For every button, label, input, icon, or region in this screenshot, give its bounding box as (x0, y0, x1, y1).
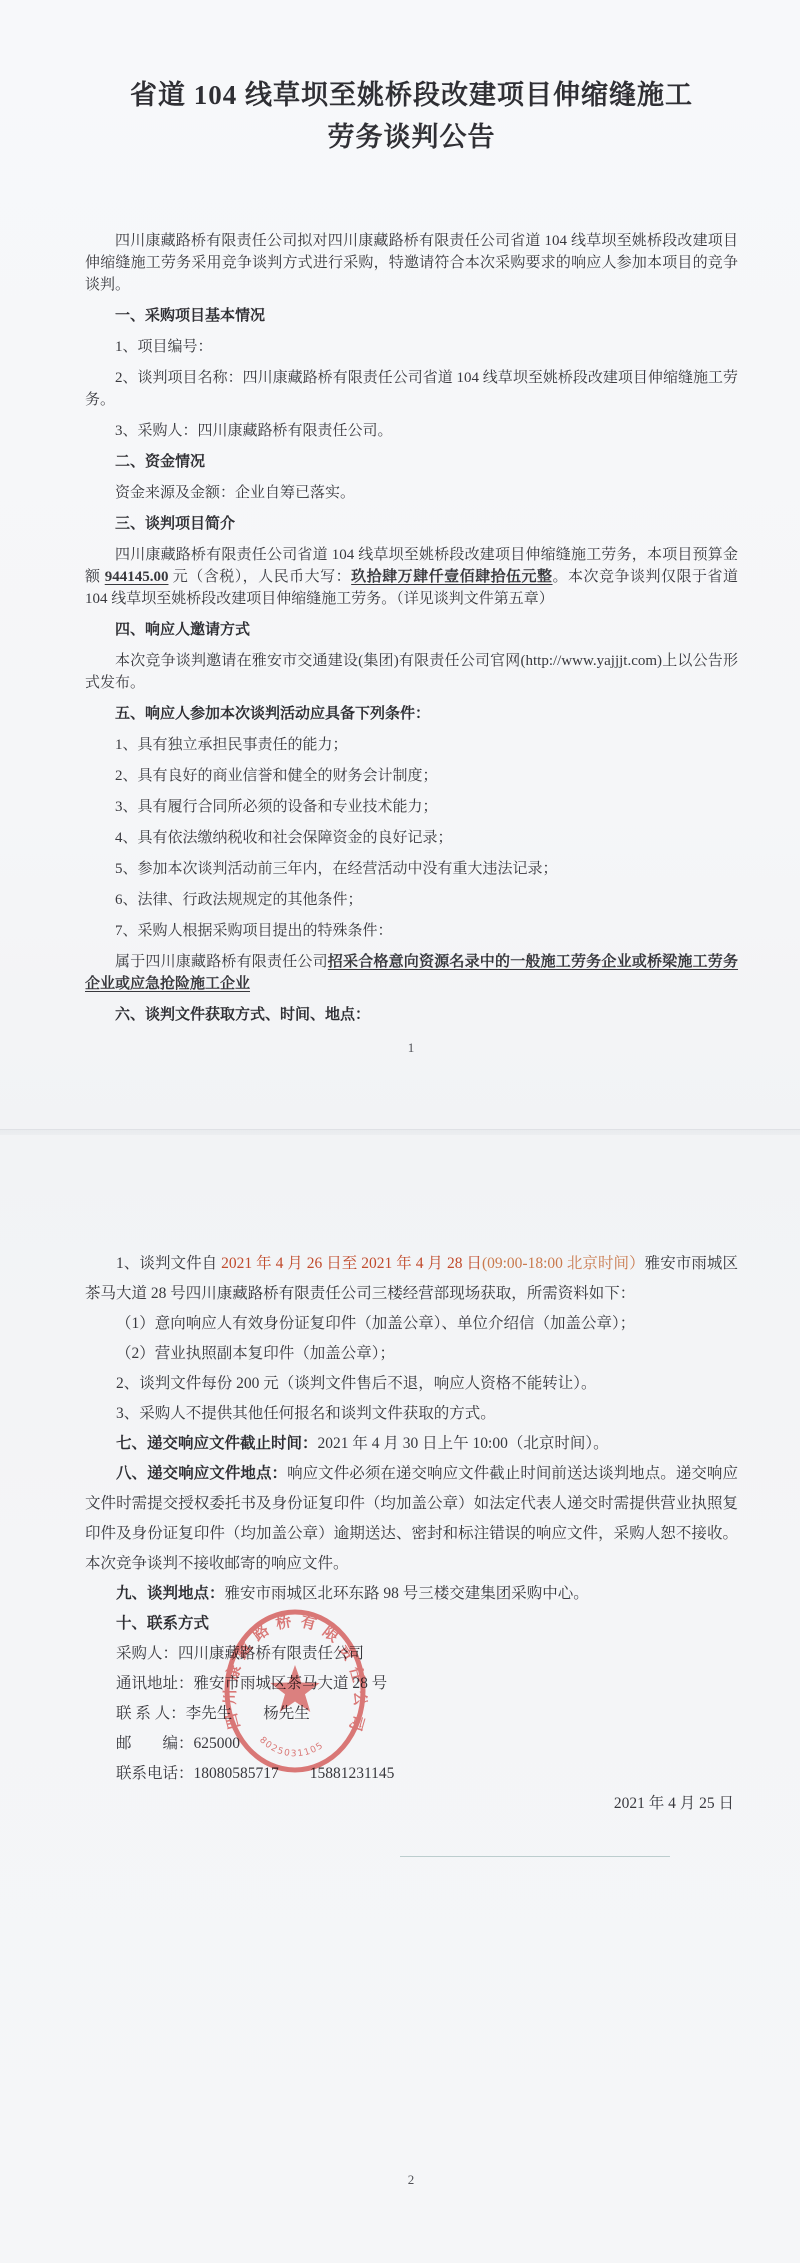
section-8-heading: 八、递交响应文件地点： (116, 1465, 287, 1482)
section-8-paragraph: 八、递交响应文件地点：响应文件必须在递交响应文件截止时间前送达谈判地点。递交响应… (85, 1459, 738, 1579)
document-page-2: 1、谈判文件自 2021 年 4 月 26 日至 2021 年 4 月 28 日… (0, 1135, 800, 2263)
section-2-heading: 二、资金情况 (85, 451, 738, 473)
condition-item-4: 4、具有依法缴纳税收和社会保障资金的良好记录； (85, 827, 738, 849)
scanned-document: 省道 104 线草坝至姚桥段改建项目伸缩缝施工 劳务谈判公告 四川康藏路桥有限责… (0, 0, 800, 2263)
contact-phone-line: 联系电话：18080585717 15881231145 (85, 1759, 738, 1789)
funding-line: 资金来源及金额：企业自筹已落实。 (85, 482, 738, 504)
page-1-number: 1 (0, 1040, 800, 1056)
budget-amount-chinese: 玖拾肆万肆仟壹佰肆拾伍元整 (351, 569, 552, 585)
project-name-line: 2、谈判项目名称：四川康藏路桥有限责任公司省道 104 线草坝至姚桥段改建项目伸… (85, 367, 738, 411)
condition-item-6: 6、法律、行政法规规定的其他条件； (85, 889, 738, 911)
required-doc-item-2: （2）营业执照副本复印件（加盖公章）； (85, 1339, 738, 1369)
purchaser-line: 3、采购人：四川康藏路桥有限责任公司。 (85, 420, 738, 442)
page-2-number: 2 (0, 2172, 800, 2188)
contact-zipcode-line: 邮 编：625000 (85, 1729, 738, 1759)
section-3-heading: 三、谈判项目简介 (85, 513, 738, 535)
section-6-heading: 六、谈判文件获取方式、时间、地点： (85, 1004, 738, 1026)
condition-item-5: 5、参加本次谈判活动前三年内，在经营活动中没有重大违法记录； (85, 858, 738, 880)
no-other-method-line: 3、采购人不提供其他任何报名和谈判文件获取的方式。 (85, 1399, 738, 1429)
section-1-heading: 一、采购项目基本情况 (85, 305, 738, 327)
project-brief-paragraph: 四川康藏路桥有限责任公司省道 104 线草坝至姚桥段改建项目伸缩缝施工劳务，本项… (85, 544, 738, 610)
document-title: 省道 104 线草坝至姚桥段改建项目伸缩缝施工 劳务谈判公告 (95, 74, 728, 158)
obtain-date-range: 2021 年 4 月 26 日至 2021 年 4 月 28 日 (221, 1255, 482, 1272)
obtain-time-window: (09:00-18:00 北京时间） (482, 1255, 645, 1272)
section-10-heading: 十、联系方式 (85, 1609, 738, 1639)
section-4-heading: 四、响应人邀请方式 (85, 619, 738, 641)
section-9-line: 九、谈判地点：雅安市雨城区北环东路 98 号三楼交建集团采购中心。 (85, 1579, 738, 1609)
project-number-line: 1、项目编号： (85, 336, 738, 358)
special-condition-note: 属于四川康藏路桥有限责任公司招采合格意向资源名录中的一般施工劳务企业或桥梁施工劳… (85, 951, 738, 995)
contact-person-line: 联 系 人：李先生 杨先生 (85, 1699, 738, 1729)
title-line-1: 省道 104 线草坝至姚桥段改建项目伸缩缝施工 (95, 74, 728, 116)
section-9-heading: 九、谈判地点： (116, 1585, 225, 1602)
note-text-pre: 属于四川康藏路桥有限责任公司 (115, 954, 328, 970)
brief-text-mid: 元（含税），人民币大写： (168, 569, 351, 585)
budget-amount: 944145.00 (105, 569, 169, 585)
section-7-heading: 七、递交响应文件截止时间： (116, 1435, 318, 1452)
condition-item-2: 2、具有良好的商业信誉和健全的财务会计制度； (85, 765, 738, 787)
title-line-2: 劳务谈判公告 (95, 116, 728, 158)
condition-item-3: 3、具有履行合同所必须的设备和专业技术能力； (85, 796, 738, 818)
contact-address-line: 通讯地址：雅安市雨城区茶马大道 28 号 (85, 1669, 738, 1699)
section-5-heading: 五、响应人参加本次谈判活动应具备下列条件： (85, 703, 738, 725)
condition-item-1: 1、具有独立承担民事责任的能力； (85, 734, 738, 756)
negotiation-place-text: 雅安市雨城区北环东路 98 号三楼交建集团采购中心。 (225, 1585, 589, 1602)
obtain-text-pre: 1、谈判文件自 (116, 1255, 221, 1272)
intro-paragraph: 四川康藏路桥有限责任公司拟对四川康藏路桥有限责任公司省道 104 线草坝至姚桥段… (85, 230, 738, 296)
required-doc-item-1: （1）意向响应人有效身份证复印件（加盖公章）、单位介绍信（加盖公章）； (85, 1309, 738, 1339)
invitation-paragraph: 本次竞争谈判邀请在雅安市交通建设(集团)有限责任公司官网(http://www.… (85, 650, 738, 694)
document-fee-line: 2、谈判文件每份 200 元（谈判文件售后不退，响应人资格不能转让）。 (85, 1369, 738, 1399)
section-7-line: 七、递交响应文件截止时间：2021 年 4 月 30 日上午 10:00（北京时… (85, 1429, 738, 1459)
document-page-1: 省道 104 线草坝至姚桥段改建项目伸缩缝施工 劳务谈判公告 四川康藏路桥有限责… (0, 0, 800, 1135)
document-obtain-paragraph: 1、谈判文件自 2021 年 4 月 26 日至 2021 年 4 月 28 日… (85, 1249, 738, 1309)
announcement-date: 2021 年 4 月 25 日 (85, 1789, 738, 1819)
contact-purchaser-line: 采购人：四川康藏路桥有限责任公司 (85, 1639, 738, 1669)
scan-fold-line-artifact (400, 1856, 670, 1857)
deadline-value: 2021 年 4 月 30 日上午 10:00（北京时间）。 (318, 1435, 609, 1452)
condition-item-7: 7、采购人根据采购项目提出的特殊条件： (85, 920, 738, 942)
